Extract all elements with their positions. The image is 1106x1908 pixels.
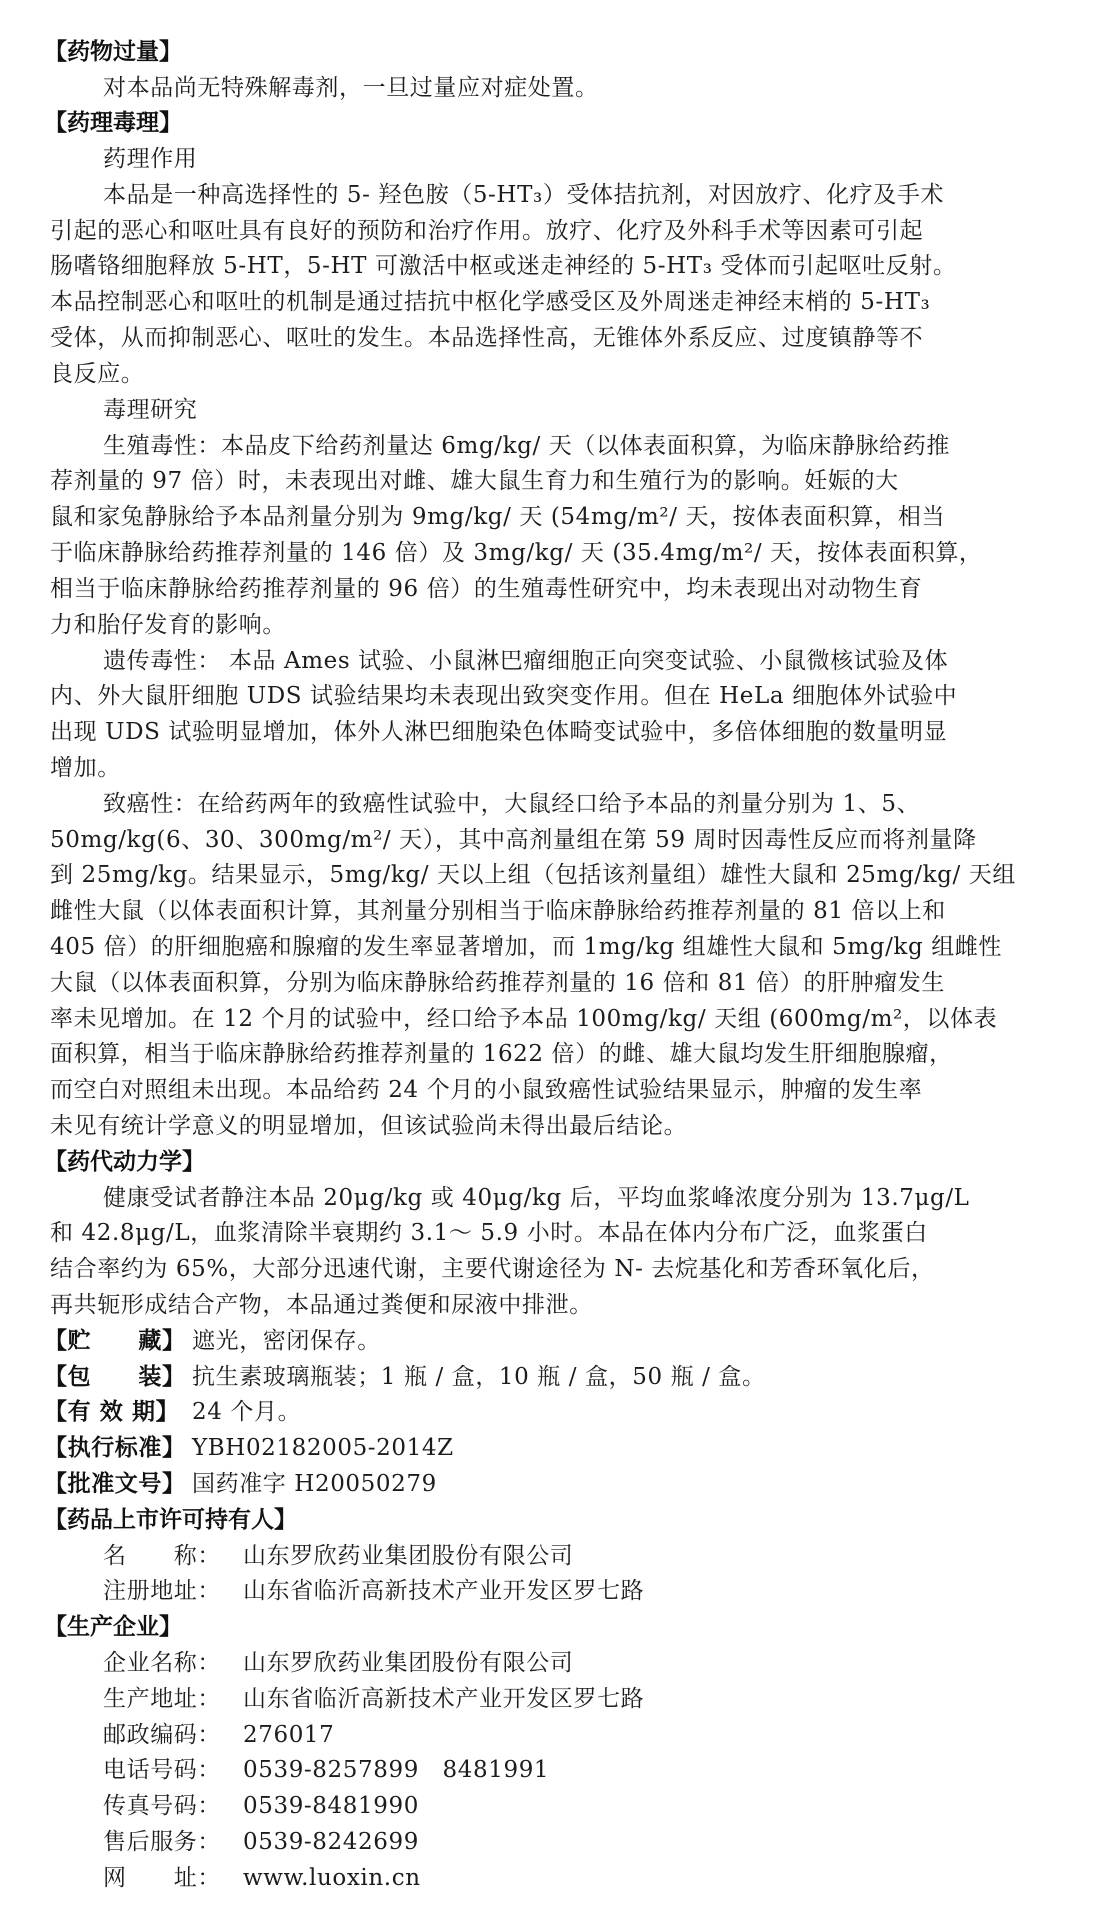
carcinogenicity-line: 未见有统计学意义的明显增加，但该试验尚未得出最后结论。 [50,1108,1050,1144]
after-sales-value: 0539-8242699 [243,1829,419,1855]
postcode-row: 邮政编码：276017 [103,1717,1103,1753]
storage-value: 遮光，密闭保存。 [192,1328,381,1354]
section-heading-overdose: 【药物过量】 [44,34,1044,70]
pharmacology-line: 良反应。 [50,356,1050,392]
section-heading-pharmacology-toxicology: 【药理毒理】 [44,105,1044,141]
pharmacology-line: 引起的恶心和呕吐具有良好的预防和治疗作用。放疗、化疗及外科手术等因素可引起 [50,213,1050,249]
drug-insert-document: 【药物过量】 对本品尚无特殊解毒剂，一旦过量应对症处置。 【药理毒理】 药理作用… [0,0,1106,1908]
validity-value: 24 个月。 [192,1399,301,1425]
phone-label: 电话号码： [103,1752,243,1788]
carcinogenicity-line: 50mg/kg(6、30、300mg/m²/ 天），其中高剂量组在第 59 周时… [50,822,1050,858]
after-sales-row: 售后服务：0539-8242699 [103,1824,1103,1860]
manufacturer-name-value: 山东罗欣药业集团股份有限公司 [243,1650,573,1676]
storage-label: 【贮 藏】 [44,1323,192,1359]
holder-address-value: 山东省临沂高新技术产业开发区罗七路 [243,1578,644,1604]
overdose-text: 对本品尚无特殊解毒剂，一旦过量应对症处置。 [103,70,1103,106]
section-heading-marketing-holder: 【药品上市许可持有人】 [44,1502,1044,1538]
section-heading-pharmacokinetics: 【药代动力学】 [44,1144,1044,1180]
manufacturer-address-value: 山东省临沂高新技术产业开发区罗七路 [243,1686,644,1712]
subheading-toxicology: 毒理研究 [103,392,1103,428]
reproductive-toxicity-line: 于临床静脉给药推荐剂量的 146 倍）及 3mg/kg/ 天 (35.4mg/m… [50,535,1050,571]
manufacturer-name-row: 企业名称：山东罗欣药业集团股份有限公司 [103,1645,1103,1681]
fax-value: 0539-8481990 [243,1793,419,1819]
website-label: 网 址： [103,1860,243,1896]
reproductive-toxicity-line: 相当于临床静脉给药推荐剂量的 96 倍）的生殖毒性研究中，均未表现出对动物生育 [50,571,1050,607]
carcinogenicity-line: 405 倍）的肝细胞癌和腺瘤的发生率显著增加，而 1mg/kg 组雄性大鼠和 5… [50,929,1050,965]
after-sales-label: 售后服务： [103,1824,243,1860]
pharmacokinetics-line: 和 42.8μg/L，血浆清除半衰期约 3.1～ 5.9 小时。本品在体内分布广… [50,1215,1050,1251]
manufacturer-address-row: 生产地址：山东省临沂高新技术产业开发区罗七路 [103,1681,1103,1717]
reproductive-toxicity-line: 荐剂量的 97 倍）时，未表现出对雌、雄大鼠生育力和生殖行为的影响。妊娠的大 [50,463,1050,499]
carcinogenicity-line: 面积算，相当于临床静脉给药推荐剂量的 1622 倍）的雌、雄大鼠均发生肝细胞腺瘤… [50,1036,1050,1072]
genetic-toxicity-line: 内、外大鼠肝细胞 UDS 试验结果均未表现出致突变作用。但在 HeLa 细胞体外… [50,678,1050,714]
standard-row: 【执行标准】YBH02182005-2014Z [44,1430,1044,1466]
carcinogenicity-line: 雌性大鼠（以体表面积计算，其剂量分别相当于临床静脉给药推荐剂量的 81 倍以上和 [50,893,1050,929]
phone-row: 电话号码：0539-8257899 8481991 [103,1752,1103,1788]
phone-value: 0539-8257899 8481991 [243,1757,549,1783]
pharmacology-line: 本品控制恶心和呕吐的机制是通过拮抗中枢化学感受区及外周迷走神经末梢的 5-HT₃ [50,284,1050,320]
pharmacokinetics-line: 结合率约为 65%，大部分迅速代谢，主要代谢途径为 N- 去烷基化和芳香环氧化后… [50,1251,1050,1287]
standard-value: YBH02182005-2014Z [192,1435,454,1461]
manufacturer-name-label: 企业名称： [103,1645,243,1681]
package-label: 【包 装】 [44,1359,192,1395]
subheading-pharmacology: 药理作用 [103,141,1103,177]
website-link[interactable]: www.luoxin.cn [243,1865,421,1891]
standard-label: 【执行标准】 [44,1430,192,1466]
pharmacology-line: 本品是一种高选择性的 5- 羟色胺（5-HT₃）受体拮抗剂，对因放疗、化疗及手术 [103,177,1103,213]
package-value: 抗生素玻璃瓶装；1 瓶 / 盒，10 瓶 / 盒，50 瓶 / 盒。 [192,1364,766,1390]
fax-label: 传真号码： [103,1788,243,1824]
approval-label: 【批准文号】 [44,1466,192,1502]
genetic-toxicity-line: 增加。 [50,750,1050,786]
pharmacology-line: 受体，从而抑制恶心、呕吐的发生。本品选择性高，无锥体外系反应、过度镇静等不 [50,320,1050,356]
pharmacology-line: 肠嗜铬细胞释放 5-HT，5-HT 可激活中枢或迷走神经的 5-HT₃ 受体而引… [50,248,1050,284]
pharmacokinetics-line: 再共轭形成结合产物，本品通过粪便和尿液中排泄。 [50,1287,1050,1323]
package-row: 【包 装】抗生素玻璃瓶装；1 瓶 / 盒，10 瓶 / 盒，50 瓶 / 盒。 [44,1359,1044,1395]
carcinogenicity-line: 致癌性：在给药两年的致癌性试验中，大鼠经口给予本品的剂量分别为 1、5、 [103,786,1103,822]
validity-row: 【有 效 期】24 个月。 [44,1394,1044,1430]
holder-name-value: 山东罗欣药业集团股份有限公司 [243,1543,573,1569]
approval-value: 国药准字 H20050279 [192,1471,437,1497]
reproductive-toxicity-line: 生殖毒性：本品皮下给药剂量达 6mg/kg/ 天（以体表面积算，为临床静脉给药推 [103,428,1103,464]
reproductive-toxicity-line: 鼠和家兔静脉给予本品剂量分别为 9mg/kg/ 天 (54mg/m²/ 天，按体… [50,499,1050,535]
holder-name-row: 名 称：山东罗欣药业集团股份有限公司 [103,1538,1103,1574]
storage-row: 【贮 藏】遮光，密闭保存。 [44,1323,1044,1359]
manufacturer-address-label: 生产地址： [103,1681,243,1717]
pharmacokinetics-line: 健康受试者静注本品 20μg/kg 或 40μg/kg 后，平均血浆峰浓度分别为… [103,1180,1103,1216]
validity-label: 【有 效 期】 [44,1394,192,1430]
holder-name-label: 名 称： [103,1538,243,1574]
genetic-toxicity-line: 遗传毒性： 本品 Ames 试验、小鼠淋巴瘤细胞正向突变试验、小鼠微核试验及体 [103,643,1103,679]
website-row: 网 址：www.luoxin.cn [103,1860,1103,1896]
carcinogenicity-line: 率未见增加。在 12 个月的试验中，经口给予本品 100mg/kg/ 天组 (6… [50,1001,1050,1037]
holder-address-row: 注册地址：山东省临沂高新技术产业开发区罗七路 [103,1573,1103,1609]
carcinogenicity-line: 到 25mg/kg。结果显示，5mg/kg/ 天以上组（包括该剂量组）雄性大鼠和… [50,857,1050,893]
fax-row: 传真号码：0539-8481990 [103,1788,1103,1824]
postcode-label: 邮政编码： [103,1717,243,1753]
carcinogenicity-line: 而空白对照组未出现。本品给药 24 个月的小鼠致癌性试验结果显示，肿瘤的发生率 [50,1072,1050,1108]
section-heading-manufacturer: 【生产企业】 [44,1609,1044,1645]
postcode-value: 276017 [243,1722,334,1748]
holder-address-label: 注册地址： [103,1573,243,1609]
genetic-toxicity-line: 出现 UDS 试验明显增加，体外人淋巴细胞染色体畸变试验中，多倍体细胞的数量明显 [50,714,1050,750]
approval-row: 【批准文号】国药准字 H20050279 [44,1466,1044,1502]
reproductive-toxicity-line: 力和胎仔发育的影响。 [50,607,1050,643]
carcinogenicity-line: 大鼠（以体表面积算，分别为临床静脉给药推荐剂量的 16 倍和 81 倍）的肝肿瘤… [50,965,1050,1001]
